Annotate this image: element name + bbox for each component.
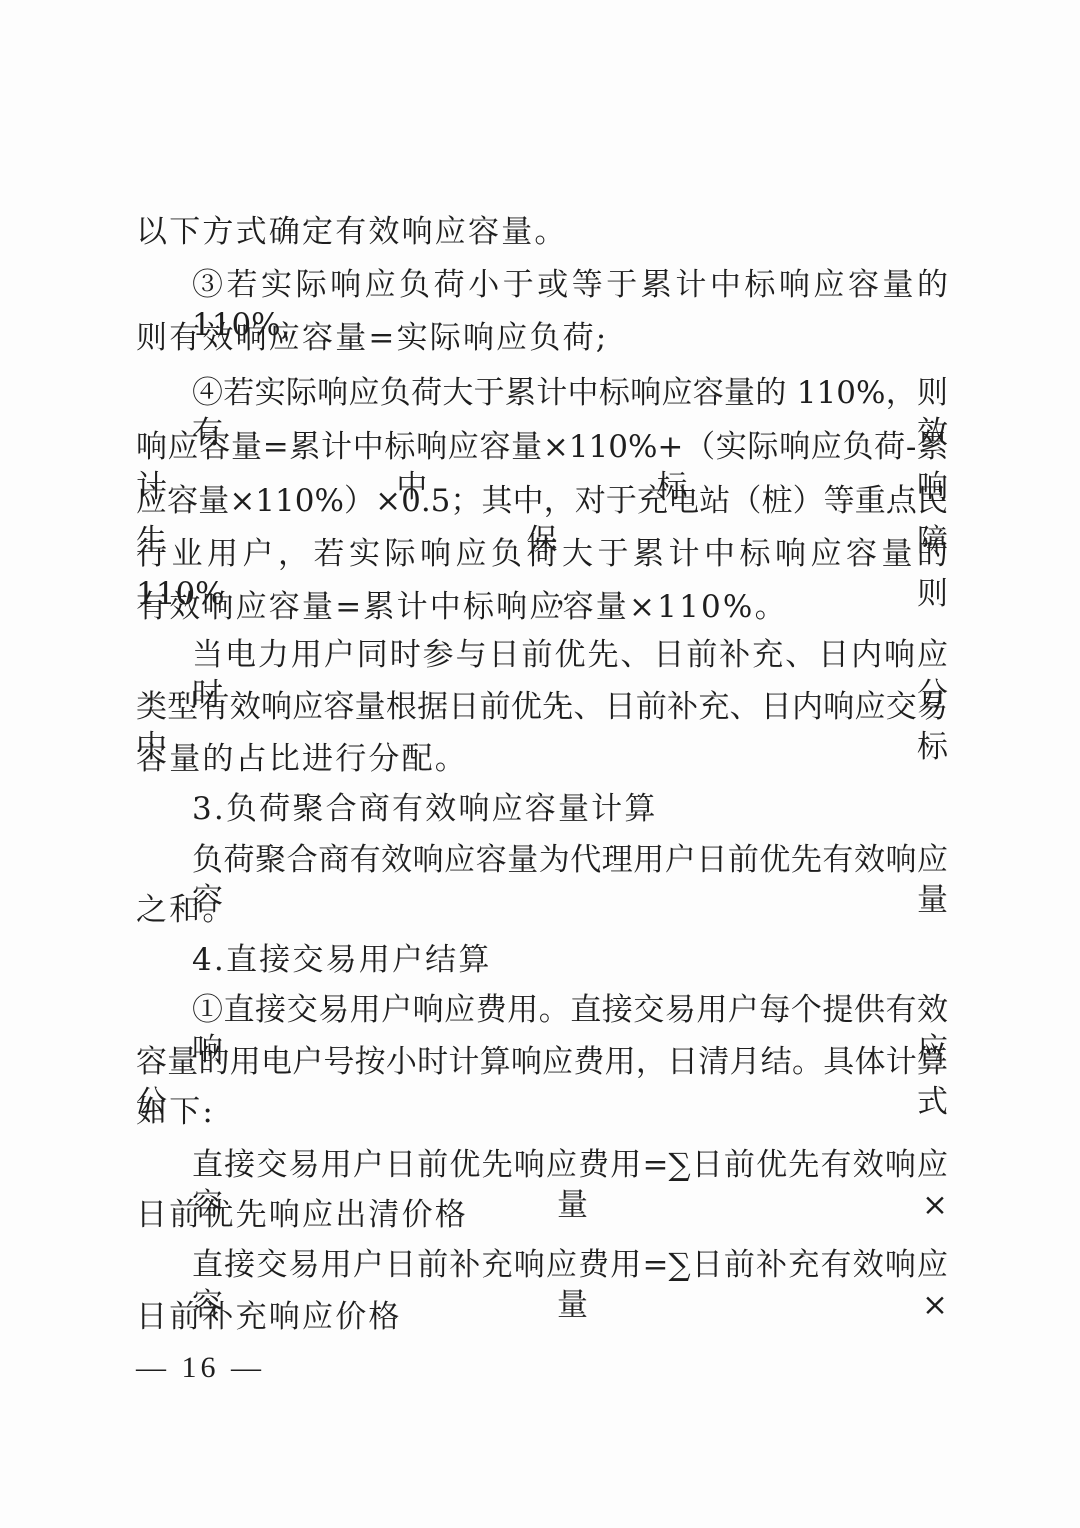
text-line: 以下方式确定有效响应容量。 — [136, 212, 948, 252]
text-line: 容量的占比进行分配。 — [136, 739, 948, 779]
page-number: — 16 — — [136, 1348, 265, 1388]
section-heading: 4.直接交易用户结算 — [192, 940, 948, 980]
text-line: 如下: — [136, 1092, 948, 1132]
formula-line: 日前优先响应出清价格 — [136, 1195, 948, 1235]
document-page: 以下方式确定有效响应容量。 ③若实际响应负荷小于或等于累计中标响应容量的 110… — [0, 0, 1080, 1528]
formula-line: 日前补充响应价格 — [136, 1297, 948, 1337]
text-line: 之和。 — [136, 890, 948, 930]
section-heading: 3.负荷聚合商有效响应容量计算 — [192, 789, 948, 829]
text-line: 则有效响应容量=实际响应负荷; — [136, 318, 948, 358]
text-line: 有效响应容量=累计中标响应容量×110%。 — [136, 587, 948, 627]
